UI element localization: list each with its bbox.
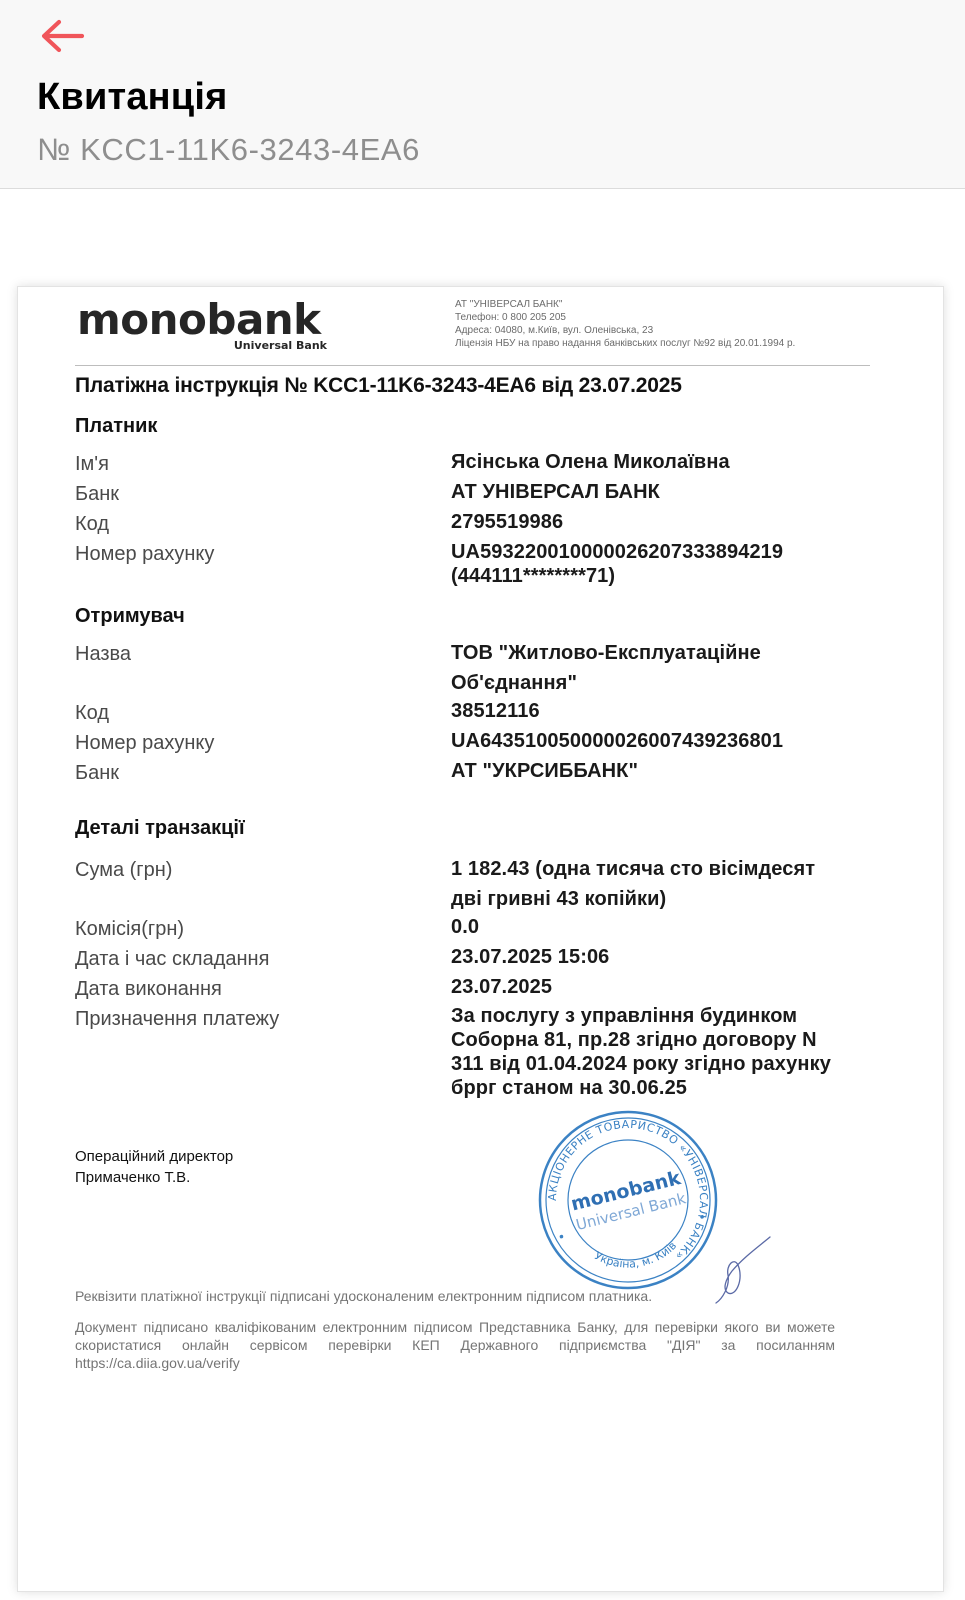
recipient-code-label: Код [75,702,109,725]
page-title: Квитанція [37,76,228,119]
payer-section-title: Платник [75,415,157,438]
logo-sub-text: Universal Bank [234,339,327,352]
payer-account-label: Номер рахунку [75,543,214,566]
payer-name-label: Ім'я [75,453,109,476]
bank-info-phone: Телефон: 0 800 205 205 [455,311,795,324]
payer-bank-value: АТ УНІВЕРСАЛ БАНК [451,481,871,504]
transaction-section-title: Деталі транзакції [75,817,245,840]
signer-block: Операційний директор Примаченко Т.В. [75,1146,233,1188]
recipient-section-title: Отримувач [75,605,185,628]
payment-purpose-label: Призначення платежу [75,1008,279,1031]
recipient-bank-value: АТ "УКРСИББАНК" [451,760,871,783]
signer-position: Операційний директор [75,1146,233,1167]
arrow-left-icon [37,16,87,56]
payer-account-value: UA593220010000026207333894219 [451,541,871,564]
bank-info-address: Адреса: 04080, м.Київ, вул. Оленівська, … [455,324,795,337]
monobank-logo: monobank Universal Bank [77,295,327,355]
execution-date-value: 23.07.2025 [451,976,871,999]
recipient-code-value: 38512116 [451,700,871,723]
payer-signature-note: Реквізити платіжної інструкції підписані… [75,1287,835,1305]
payer-code-value: 2795519986 [451,511,871,534]
bank-signature-note: Документ підписано кваліфікованим електр… [75,1318,835,1372]
recipient-name-label: Назва [75,643,131,666]
receipt-number: № KCC1-11K6-3243-4EA6 [37,132,420,168]
bank-info: АТ "УНІВЕРСАЛ БАНК" Телефон: 0 800 205 2… [455,298,795,350]
header-divider [75,365,870,366]
payment-purpose-value: За послугу з управління будинком Соборна… [451,1004,831,1100]
recipient-account-value: UA643510050000026007439236801 [451,730,871,753]
created-datetime-value: 23.07.2025 15:06 [451,946,871,969]
payer-name-value: Ясінська Олена Миколаївна [451,451,871,474]
back-button[interactable] [34,14,90,58]
recipient-name-value: ТОВ "Житлово-Експлуатаційне Об'єднання" [451,638,811,698]
commission-label: Комісія(грн) [75,918,184,941]
amount-value: 1 182.43 (одна тисяча сто вісімдесят дві… [451,854,831,914]
bank-stamp: АКЦІОНЕРНЕ ТОВАРИСТВО «УНІВЕРСАЛ БАНК» У… [533,1105,723,1295]
logo-main-text: monobank [77,295,321,344]
app-header: Квитанція № KCC1-11K6-3243-4EA6 [0,0,965,189]
document-title: Платіжна інструкція № KCC1-11K6-3243-4EA… [75,374,682,398]
svg-text:Україна, м. Київ: Україна, м. Київ [591,1238,681,1276]
recipient-bank-label: Банк [75,762,119,785]
commission-value: 0.0 [451,916,871,939]
payer-card-mask: (444111********71) [451,565,871,588]
execution-date-label: Дата виконання [75,978,222,1001]
bank-info-license: Ліцензія НБУ на право надання банківськи… [455,337,795,350]
payer-bank-label: Банк [75,483,119,506]
recipient-account-label: Номер рахунку [75,732,214,755]
bank-info-name: АТ "УНІВЕРСАЛ БАНК" [455,298,795,311]
signer-name: Примаченко Т.В. [75,1167,233,1188]
amount-label: Сума (грн) [75,859,172,882]
receipt-document: monobank Universal Bank АТ "УНІВЕРСАЛ БА… [17,286,944,1592]
payer-code-label: Код [75,513,109,536]
created-datetime-label: Дата і час складання [75,948,269,971]
